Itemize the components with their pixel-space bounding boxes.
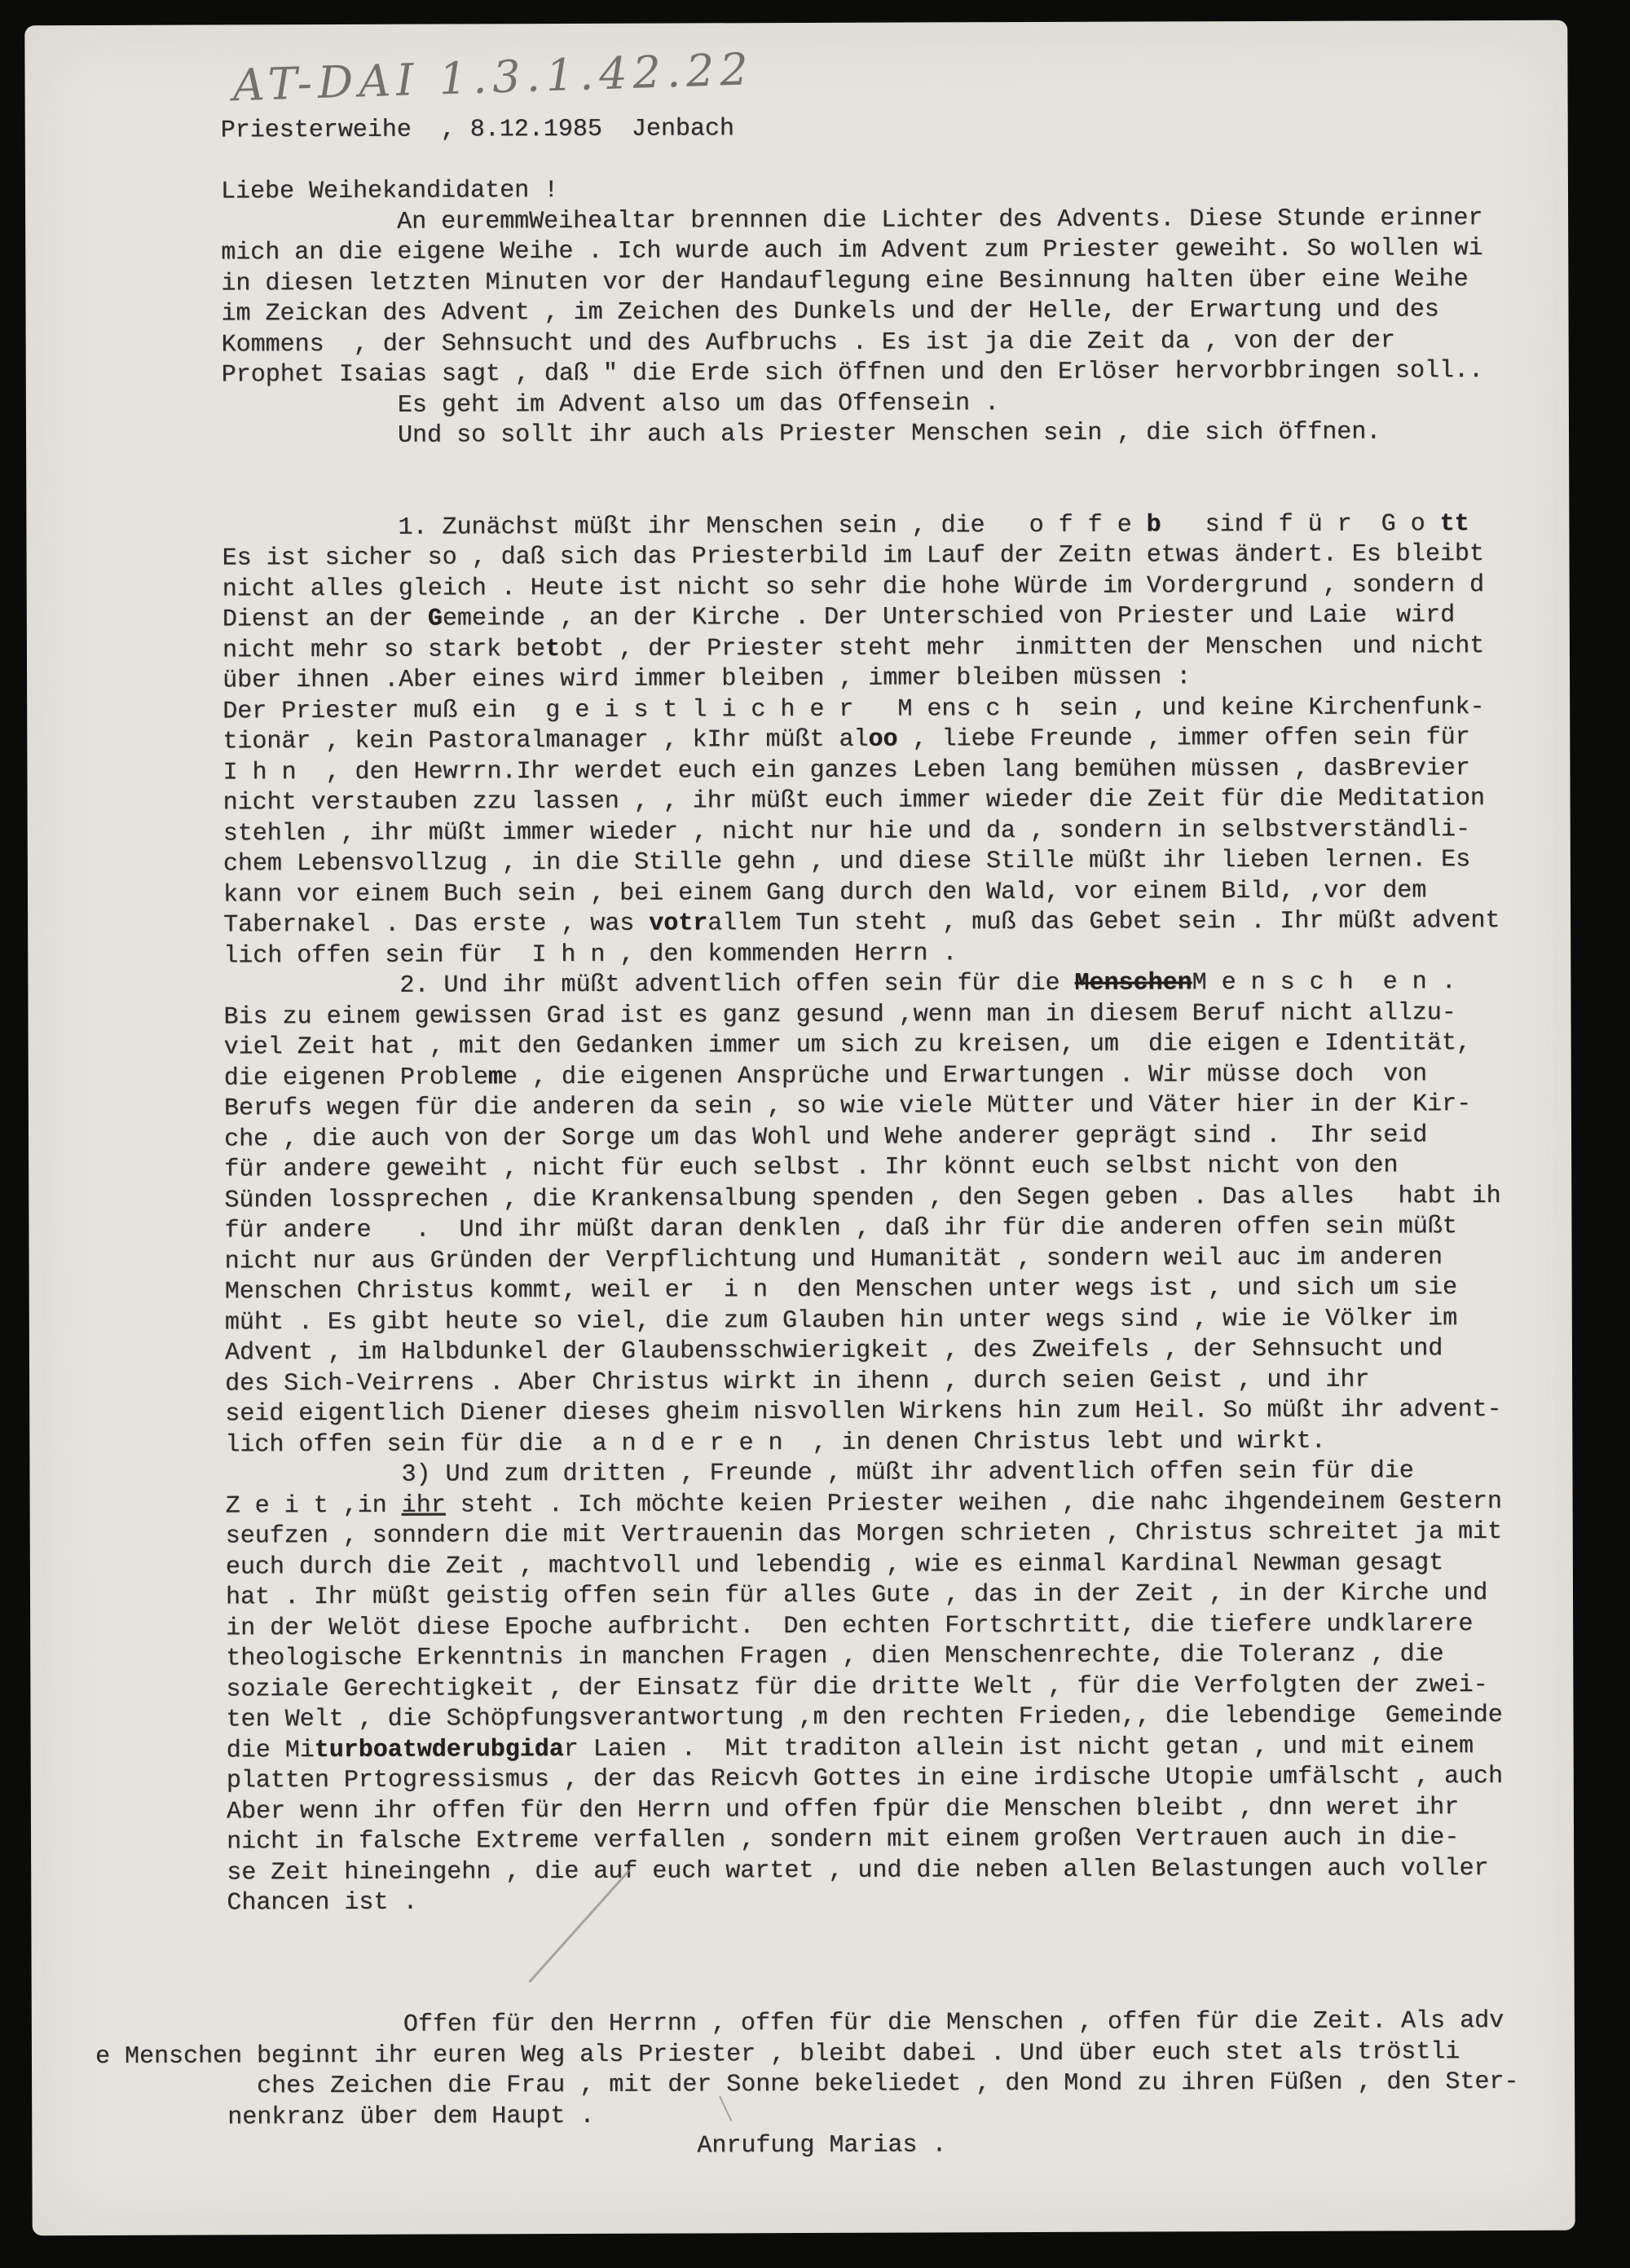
text-segment: votr [649,909,707,937]
text-segment: Kommens , der Sehnsucht und des Aufbruch… [222,327,1395,359]
text-line: für andere . Und ihr müßt daran denklen … [224,1212,1561,1247]
text-line: Tabernakel . Das erste , was votrallem T… [223,906,1560,941]
text-line: chem Lebensvollzug , in die Stille gehn … [223,845,1560,880]
text-segment: lich offen sein für die a n d e r e n , … [225,1427,1325,1459]
text-line: 3) Und zum dritten , Freunde , müßt ihr … [225,1456,1562,1491]
text-segment: che , die auch von der Sorge um das Wohl… [224,1121,1427,1153]
text-segment: seufzen , sonndern die mit Vertrauenin d… [226,1518,1502,1550]
text-line [222,447,1558,482]
text-line: die eigenen Probleme , die eigenen Anspr… [224,1059,1561,1094]
text-segment: I h n , den Hewrrn.Ihr werdet euch ein g… [222,755,1469,786]
text-segment: Der Priester muß ein g e i s t l i c h e… [222,694,1484,725]
text-segment: Es geht im Advent also um das Offensein … [398,390,999,420]
text-segment: stehlen , ihr müßt immer wieder , nicht … [223,816,1470,848]
text-line: seufzen , sonndern die mit Vertrauenin d… [226,1517,1562,1552]
text-line: stehlen , ihr müßt immer wieder , nicht … [223,814,1560,849]
text-segment: die Mi [227,1737,315,1764]
text-line: 2. Und ihr müßt adventlich offen sein fü… [223,967,1560,1002]
text-segment: e Menschen beginnt ihr euren Weg als Pri… [95,2038,1460,2071]
text-line: für andere geweiht , nicht für euch selb… [224,1151,1561,1186]
text-segment: 3) Und zum dritten , Freunde , müßt ihr … [401,1457,1413,1488]
text-line: ches Zeichen die Frau , mit der Sonne be… [227,2068,1564,2103]
text-segment: des Sich-Veirrens . Aber Christus wirkt … [225,1366,1369,1398]
text-segment: platten Prtogressismus , der das Reicvh … [227,1763,1503,1795]
text-segment: 1. Zunächst müßt ihr Menschen sein , die… [398,511,1146,541]
text-segment: Dienst an der [222,606,428,634]
text-line: Chancen ist . [227,1884,1563,1919]
text-line: nenkranz über dem Haupt . [227,2098,1564,2133]
text-segment: m [488,1064,503,1091]
text-line: Offen für den Herrnn , offen für die Men… [227,2006,1564,2041]
text-segment: in der Welöt diese Epoche aufbricht. Den… [226,1610,1473,1642]
text-line: Prophet Isaias sagt , daß " die Erde sic… [222,356,1558,391]
text-segment: seid eigentlich Diener dieses gheim nisv… [225,1396,1501,1428]
text-segment: nicht nur aus Gründen der Verpflichtung … [225,1244,1443,1275]
text-line: theologische Erkenntnis in manchen Frage… [226,1640,1562,1675]
text-segment: im Zeickan des Advent , im Zeichen des D… [221,296,1438,328]
text-segment: t [545,636,560,663]
text-segment: Advent , im Halbdunkel der Glaubensschwi… [225,1335,1443,1367]
text-line: in diesen letzten Minuten vor der Handau… [221,264,1557,299]
text-segment: ches Zeichen die Frau , mit der Sonne be… [257,2068,1518,2100]
text-line: Bis zu einem gewissen Grad ist es ganz g… [223,997,1560,1033]
text-line: Anrufung Marias . [227,2129,1564,2164]
text-segment: Menschen [1074,969,1192,997]
text-segment: M e n s c h e n . [1192,968,1456,997]
text-segment: über ihnen .Aber eines wird immer bleibe… [222,663,1191,694]
text-line: nicht alles gleich . Heute ist nicht so … [222,570,1559,605]
text-segment: G [428,606,443,633]
handwritten-archival-reference: AT-DAI 1.3.1.42.22 [232,43,755,111]
text-line: lich offen sein für I h n , den kommende… [223,936,1560,971]
text-segment: allem Tun steht , muß das Gebet sein . I… [707,907,1500,937]
text-segment: mich an die eigene Weihe . Ich wurde auc… [221,235,1482,266]
text-line: e Menschen beginnt ihr euren Weg als Pri… [227,2037,1564,2072]
text-line: Es ist sicher so , daß sich das Priester… [222,539,1558,575]
text-line: Advent , im Halbdunkel der Glaubensschwi… [225,1334,1562,1369]
text-segment: kann vor einem Buch sein , bei einem Gan… [223,877,1426,909]
text-line: nicht mehr so stark betobt , der Prieste… [222,631,1559,666]
text-line: des Sich-Veirrens . Aber Christus wirkt … [225,1364,1562,1399]
text-line: lich offen sein für die a n d e r e n , … [225,1425,1562,1460]
text-segment: für andere . Und ihr müßt daran denklen … [224,1213,1456,1244]
text-line [227,1945,1564,1980]
text-line: seid eigentlich Diener dieses gheim nisv… [225,1395,1562,1430]
text-line: Sünden lossprechen , die Krankensalbung … [224,1181,1561,1216]
text-segment: hat . Ihr müßt geistig offen sein für al… [226,1579,1487,1611]
text-line: Aber wenn ihr offen für den Herrn und of… [227,1792,1563,1827]
text-segment: An euremmWeihealtar brennnen die Lichter… [397,205,1482,236]
text-segment: nicht in falsche Extreme verfallen , son… [227,1824,1459,1856]
text-line: soziale Gerechtigkeit , der Einsatz für … [226,1670,1562,1705]
text-line: I h n , den Hewrrn.Ihr werdet euch ein g… [222,753,1559,788]
text-segment: turboatwderubgida [315,1736,564,1764]
text-line: Dienst an der Gemeinde , an der Kirche .… [222,601,1559,636]
text-line: nicht nur aus Gründen der Verpflichtung … [225,1242,1562,1277]
text-line: mich an die eigene Weihe . Ich wurde auc… [221,234,1557,269]
text-segment: Anrufung Marias . [697,2131,946,2160]
text-segment: b [1147,511,1161,539]
text-line: platten Prtogressismus , der das Reicvh … [227,1762,1563,1797]
text-segment: Priesterweihe , 8.12.1985 Jenbach [221,115,734,144]
text-line [227,1975,1564,2010]
text-segment: Sünden lossprechen , die Krankensalbung … [224,1182,1500,1213]
text-segment: e , die eigenen Ansprüche und Erwartunge… [503,1060,1427,1091]
text-line: Und so sollt ihr auch als Priester Mensc… [222,417,1558,452]
text-line: Menschen Christus kommt, weil er i n den… [225,1273,1562,1308]
text-segment: sind f ü r G o [1161,510,1440,539]
text-line [227,1914,1563,1949]
text-line: kann vor einem Buch sein , bei einem Gan… [223,875,1560,910]
text-segment: die eigenen Proble [224,1064,488,1092]
text-segment: se Zeit hineingehn , die auf euch wartet… [227,1855,1488,1887]
text-segment: in diesen letzten Minuten vor der Handau… [221,266,1468,297]
text-segment: Offen für den Herrnn , offen für die Men… [403,2007,1504,2039]
text-segment: Prophet Isaias sagt , daß " die Erde sic… [222,357,1483,389]
text-segment: steht . Ich möchte keien Priester weihen… [446,1487,1502,1519]
text-segment: Es ist sicher so , daß sich das Priester… [222,540,1483,572]
text-segment: Z e i t ,in [226,1491,402,1520]
text-line: euch durch die Zeit , machtvoll und lebe… [226,1548,1562,1583]
text-line: in der Welöt diese Epoche aufbricht. Den… [226,1609,1562,1644]
text-segment: 2. Und ihr müßt adventlich offen sein fü… [399,970,1074,1000]
text-segment: emeinde , an der Kirche . Der Unterschie… [443,601,1455,632]
text-line: die Miturboatwderubgidar Laien . Mit tra… [227,1731,1563,1766]
scan-background: { "page": { "archival_reference": "AT-DA… [0,0,1630,2268]
text-line: Liebe Weihekandidaten ! [221,173,1557,208]
text-line: im Zeickan des Advent , im Zeichen des D… [221,295,1557,330]
scanned-page: AT-DAI 1.3.1.42.22 Priesterweihe , 8.12.… [24,20,1575,2236]
text-line: se Zeit hineingehn , die auf euch wartet… [227,1853,1563,1888]
text-segment: Aber wenn ihr offen für den Herrn und of… [227,1794,1459,1825]
text-segment: ten Welt , die Schöpfungsverantwortung ,… [226,1702,1502,1733]
text-segment: Und so sollt ihr auch als Priester Mensc… [398,419,1381,450]
text-segment: nenkranz über dem Haupt . [227,2102,594,2131]
text-segment: Berufs wegen für die anderen da sein , s… [224,1090,1471,1122]
text-segment: oo [868,726,897,754]
text-line: 1. Zunächst müßt ihr Menschen sein , die… [222,509,1558,544]
text-line: che , die auch von der Sorge um das Wohl… [224,1120,1561,1155]
text-line: ten Welt , die Schöpfungsverantwortung ,… [226,1701,1562,1736]
text-segment: viel Zeit hat , mit den Gedanken immer u… [224,1029,1471,1061]
text-segment: r Laien . Mit traditon allein ist nicht … [564,1733,1474,1764]
text-line [222,478,1558,513]
text-segment: tionär , kein Pastoralmanager , kIhr müß… [222,726,868,756]
text-segment: lich offen sein für I h n , den kommende… [223,940,957,970]
text-segment: Tabernakel . Das erste , was [223,910,649,940]
text-line: nicht in falsche Extreme verfallen , son… [227,1823,1563,1858]
text-segment: nicht mehr so stark be [222,636,545,664]
text-segment: euch durch die Zeit , machtvoll und lebe… [226,1549,1443,1581]
text-segment: tt [1440,510,1469,538]
text-segment: nicht verstauben zzu lassen , , ihr müßt… [223,785,1485,817]
text-line: tionär , kein Pastoralmanager , kIhr müß… [222,723,1559,758]
text-segment: obt , der Priester steht mehr inmitten d… [560,632,1484,663]
text-segment: ihr [402,1491,446,1519]
text-segment: soziale Gerechtigkeit , der Einsatz für … [226,1671,1487,1703]
text-line: Priesterweihe , 8.12.1985 Jenbach [221,112,1557,147]
text-line: hat . Ihr müßt geistig offen sein für al… [226,1579,1562,1614]
text-segment: Liebe Weihekandidaten ! [221,177,558,205]
text-segment: Chancen ist . [227,1889,417,1918]
text-line: Kommens , der Sehnsucht und des Aufbruch… [222,325,1558,360]
text-segment: müht . Es gibt heute so viel, die zum Gl… [225,1305,1457,1337]
text-segment: Bis zu einem gewissen Grad ist es ganz g… [223,999,1456,1031]
text-segment: nicht alles gleich . Heute ist nicht so … [222,571,1484,603]
typewritten-text: Priesterweihe , 8.12.1985 Jenbach Liebe … [221,112,1565,2164]
text-segment: für andere geweiht , nicht für euch selb… [224,1152,1398,1183]
text-line: Z e i t ,in ihr steht . Ich möchte keien… [226,1486,1562,1522]
text-line [221,142,1557,177]
text-segment: , liebe Freunde , immer offen sein für [897,724,1469,753]
text-line: nicht verstauben zzu lassen , , ihr müßt… [223,784,1560,819]
text-line: viel Zeit hat , mit den Gedanken immer u… [224,1028,1561,1064]
text-segment: Menschen Christus kommt, weil er i n den… [225,1274,1457,1306]
text-segment: chem Lebensvollzug , in die Stille gehn … [223,846,1470,878]
text-line: Es geht im Advent also um das Offensein … [222,386,1558,421]
text-line: Berufs wegen für die anderen da sein , s… [224,1090,1561,1125]
text-line: müht . Es gibt heute so viel, die zum Gl… [225,1303,1562,1338]
text-segment: theologische Erkenntnis in manchen Frage… [226,1640,1443,1672]
text-line: Der Priester muß ein g e i s t l i c h e… [222,692,1559,727]
text-line: An euremmWeihealtar brennnen die Lichter… [221,203,1557,238]
text-line: über ihnen .Aber eines wird immer bleibe… [222,662,1559,697]
